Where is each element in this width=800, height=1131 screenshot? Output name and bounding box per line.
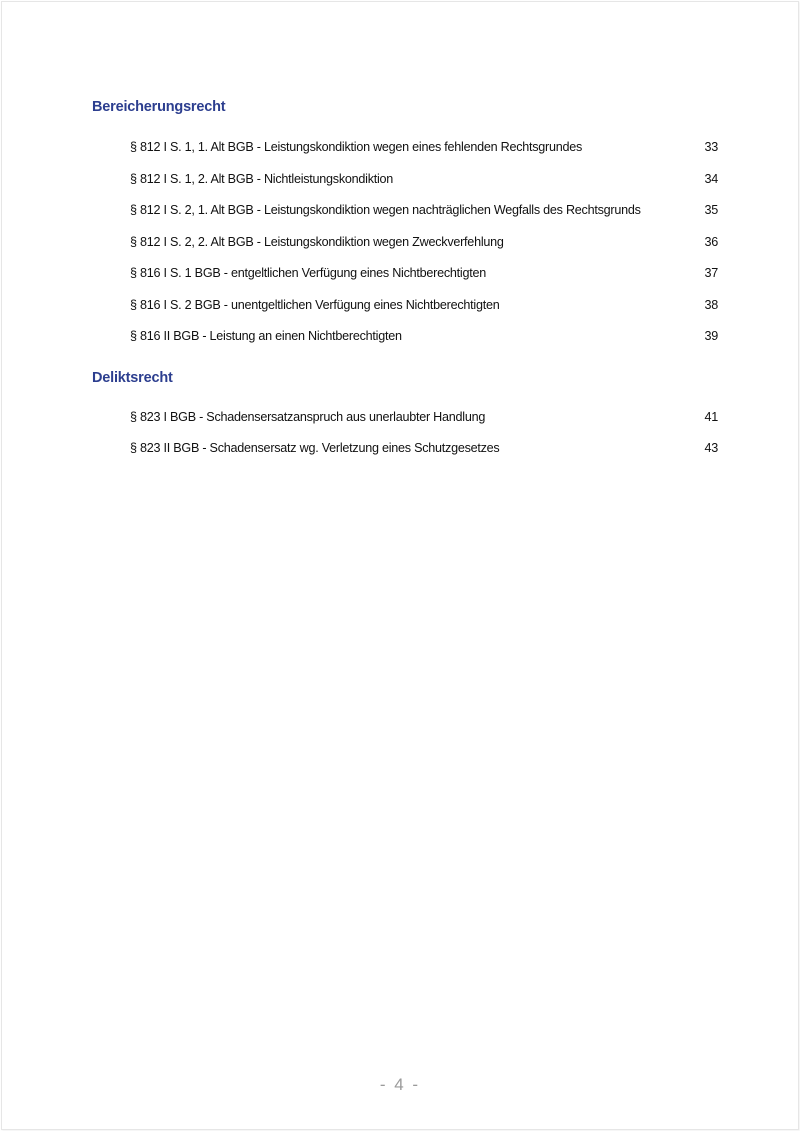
section-heading-deliktsrecht: Deliktsrecht [92,370,173,386]
toc-entry-page-number: 43 [698,441,718,455]
toc-entry-page-number: 39 [698,329,718,343]
toc-entry[interactable]: § 812 I S. 2, 1. Alt BGB - Leistungskond… [130,203,718,221]
toc-entry[interactable]: § 816 II BGB - Leistung an einen Nichtbe… [130,329,718,347]
toc-entry-title: § 823 I BGB - Schadensersatzanspruch aus… [130,410,485,424]
document-page: Bereicherungsrecht § 812 I S. 1, 1. Alt … [1,1,799,1130]
toc-entry-title: § 816 I S. 1 BGB - entgeltlichen Verfügu… [130,266,486,280]
section-heading-bereicherungsrecht: Bereicherungsrecht [92,99,225,115]
toc-entry-page-number: 36 [698,235,718,249]
toc-entry[interactable]: § 816 I S. 1 BGB - entgeltlichen Verfügu… [130,266,718,284]
toc-entry-title: § 812 I S. 2, 1. Alt BGB - Leistungskond… [130,203,641,217]
toc-entry[interactable]: § 823 I BGB - Schadensersatzanspruch aus… [130,410,718,428]
toc-entry[interactable]: § 823 II BGB - Schadensersatz wg. Verlet… [130,441,718,459]
toc-entry-title: § 816 II BGB - Leistung an einen Nichtbe… [130,329,402,343]
toc-entry-page-number: 38 [698,298,718,312]
toc-entry-page-number: 34 [698,172,718,186]
toc-entry-page-number: 41 [698,410,718,424]
toc-entry-page-number: 33 [698,140,718,154]
toc-entry[interactable]: § 812 I S. 1, 2. Alt BGB - Nichtleistung… [130,172,718,190]
toc-entry-title: § 812 I S. 1, 2. Alt BGB - Nichtleistung… [130,172,393,186]
toc-entry-title: § 812 I S. 2, 2. Alt BGB - Leistungskond… [130,235,504,249]
toc-entry[interactable]: § 812 I S. 2, 2. Alt BGB - Leistungskond… [130,235,718,253]
toc-entry[interactable]: § 812 I S. 1, 1. Alt BGB - Leistungskond… [130,140,718,158]
toc-entry-page-number: 35 [698,203,718,217]
toc-entry-title: § 816 I S. 2 BGB - unentgeltlichen Verfü… [130,298,499,312]
toc-entry-page-number: 37 [698,266,718,280]
toc-entry-title: § 823 II BGB - Schadensersatz wg. Verlet… [130,441,499,455]
toc-entry[interactable]: § 816 I S. 2 BGB - unentgeltlichen Verfü… [130,298,718,316]
page-number: - 4 - [2,1075,798,1095]
toc-entry-title: § 812 I S. 1, 1. Alt BGB - Leistungskond… [130,140,582,154]
